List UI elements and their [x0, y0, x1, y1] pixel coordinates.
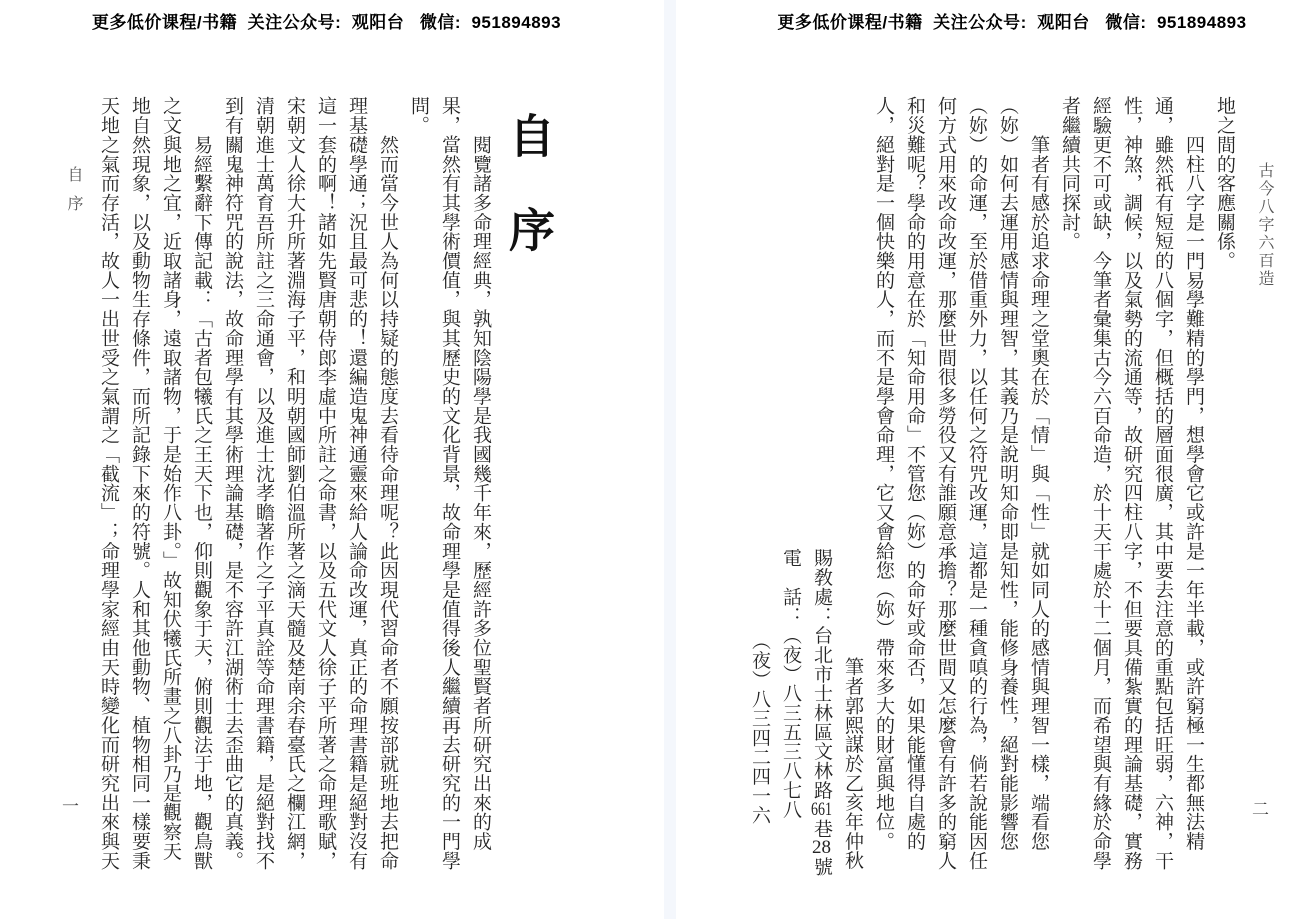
contact-address-number: 661 [811, 800, 832, 819]
page-right: 更多低价课程/书籍 关注公众号: 观阳台 微信: 951894893 古今八字六… [676, 0, 1306, 919]
watermark-header: 更多低价课程/书籍 关注公众号: 观阳台 微信: 951894893 [0, 8, 653, 33]
page-left: 更多低价课程/书籍 关注公众号: 观阳台 微信: 951894893 自序 一 … [0, 0, 653, 919]
page-title: 自 序 [496, 96, 560, 870]
watermark-header: 更多低价课程/书籍 关注公众号: 观阳台 微信: 951894893 [720, 8, 1304, 33]
page-number: 二 [1252, 795, 1269, 820]
body-column: 這一套的啊！諸如先賢唐朝侍郎李虛中所註之命書，以及五代文人徐子平所著之命理歌賦， [310, 96, 341, 870]
body-column: 筆者有感於追求命理之堂奧在於「情」與「性」就如同人的感情與理智一樣，端看您 [1023, 96, 1054, 870]
signature-line: 筆者郭熙謀於乙亥年仲秋 [837, 96, 868, 870]
body-column: 和災難呢？學命的用意在於「知命用命」不管您（妳）的命好或命否，如果能懂得自處的 [899, 96, 930, 870]
contact-address-number: 28 [811, 838, 832, 857]
page-body: 自 序 閱覽諸多命理經典，孰知陰陽學是我國幾千年來，歷經許多位聖賢者所研究出來的… [88, 96, 560, 870]
body-column: 然而當今世人為何以持疑的態度去看待命理呢？此因現代習命者不願按部就班地去把命 [372, 96, 403, 870]
body-column: 清朝進士萬育吾所註之三命通會，以及進士沈孝瞻著作之子平真詮等命理書籍，是絕對找不 [248, 96, 279, 870]
contact-phone-1: 電 話：（夜）八三五三八七八 [775, 96, 806, 870]
margin-book-title: 古今八字六百造 [1253, 162, 1276, 288]
gutter-divider [664, 0, 676, 919]
body-column: 經驗更不可或缺，今筆者彙集古今六百命造，於十天干處於十二個月，而希望與有緣於命學 [1085, 96, 1116, 870]
body-column: 易經繫辭下傳記載：「古者包犧氏之王天下也，仰則觀象于天，俯則觀法于地，觀鳥獸 [186, 96, 217, 870]
body-column: 到有關鬼神符咒的說法，故命理學有其學術理論基礎，是不容許江湖術士去歪曲它的真義。 [217, 96, 248, 870]
body-column: 四柱八字是一門易學難精的學門，想學會它或許是一年半載，或許窮極一生都無法精 [1178, 96, 1209, 870]
body-column: （妳）的命運，至於借重外力，以任何之符咒改運，這都是一種貪嗔的行為，倘若說能因任 [961, 96, 992, 870]
body-column: 性，神煞，調候，以及氣勢的流通等，故研究四柱八字，不但要具備紮實的理論基礎，實務 [1116, 96, 1147, 870]
body-column: 地自然現象，以及動物生存條件，而所記錄下來的符號。人和其他動物、植物相同一樣要秉 [124, 96, 155, 870]
body-column: 通，雖然祇有短短的八個字，但概括的層面很廣，其中要去注意的重點包括旺弱，六神，干 [1147, 96, 1178, 870]
body-column: 宋朝文人徐大升所著淵海子平，和明朝國師劉伯溫所著之滴天髓及楚南余春臺氏之欄江網， [279, 96, 310, 870]
contact-address-text: 巷 [811, 819, 832, 838]
body-column: 問。 [403, 96, 434, 870]
body-column: 理基礎學通；況且最可悲的！還編造鬼神通靈來給人論命改運，真正的命理書籍是絕對沒有 [341, 96, 372, 870]
body-column: 閱覽諸多命理經典，孰知陰陽學是我國幾千年來，歷經許多位聖賢者所研究出來的成 [465, 96, 496, 870]
body-column: 者繼續共同探討。 [1054, 96, 1085, 870]
contact-address: 賜敎處：台北市士林區文林路661巷28號 [806, 96, 837, 870]
body-column: 之文與地之宜，近取諸身，遠取諸物，于是始作八卦。」故知伏犧氏所畫之八卦乃是觀察天 [155, 96, 186, 870]
page-number: 一 [62, 792, 79, 817]
body-column: 何方式用來改命改運，那麼世間很多勞役又有誰願意承擔？那麼世間又怎麼會有許多的窮人 [930, 96, 961, 870]
page-body: 地之間的客應關係。 四柱八字是一門易學難精的學門，想學會它或許是一年半載，或許窮… [744, 96, 1240, 870]
body-column: （妳）如何去運用感情與理智，其義乃是說明知命即是知性，能修身養性，絕對能影響您 [992, 96, 1023, 870]
body-column: 人，絕對是一個快樂的人，而不是學會命理，它又會給您（妳）帶來多大的財富與地位。 [868, 96, 899, 870]
contact-address-text: 賜敎處：台北市士林區文林路 [811, 548, 832, 800]
contact-phone-2: （夜）八三四二四一六 [744, 96, 775, 870]
body-column: 天地之氣而存活，故人一出世受之氣謂之「截流」；命理學家經由天時變化而研究出來與天 [93, 96, 124, 870]
margin-section-title: 自序 [62, 166, 85, 224]
body-column: 果，當然有其學術價值，與其歷史的文化背景，故命理學是值得後人繼續再去研究的一門學 [434, 96, 465, 870]
body-column: 地之間的客應關係。 [1209, 96, 1240, 870]
contact-address-text: 號 [811, 857, 832, 876]
